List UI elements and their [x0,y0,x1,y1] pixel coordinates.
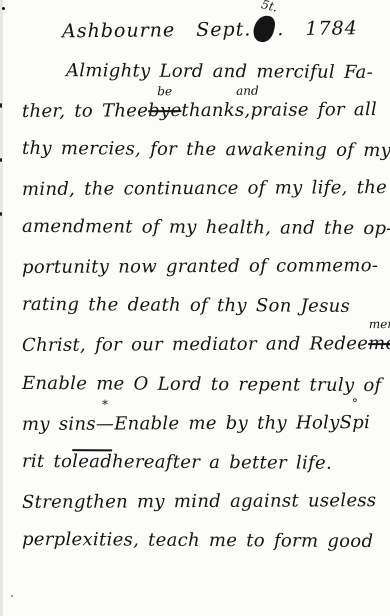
manuscript-line: mind, the continuance of my life, the [22,175,390,203]
text-segment: Spi° [340,410,371,436]
text-segment: ther, to Thee [22,98,148,125]
text-segment: Almighty Lord and merciful Fa- [66,58,373,86]
text-segment: mind, the continuance of my life, the [22,175,387,203]
text-segment: rit to [22,449,72,475]
text-segment: amendment of my health, and the op- [22,214,390,242]
text-segment: praise for all [250,97,377,124]
manuscript-line: rit to lead hereafter a better life. [22,449,390,477]
manuscript-line: Enable me O Lord to repent truly of [22,371,390,399]
interlinear-insertion: ° [352,397,358,409]
manuscript-line: thy mercies, for the awakening of my [22,136,390,164]
interlinear-insertion: be [157,85,172,97]
manuscript-page: Ashbourne Sept.5t.. 1784 Almighty Lord a… [0,0,390,616]
manuscript-line: Strengthen my mind against useless [22,488,390,516]
manuscript-line: rating the death of thy Son Jesus [22,292,390,320]
text-segment: Enable me by thy Holy [114,410,340,437]
ink-blot: 5t. [251,13,277,44]
text-segment: Christ, for our mediator and Redee [22,331,368,359]
manuscript-line: ther, to Thee byebe thanks,and praise fo… [22,97,390,125]
text-segment: Enable me O Lord to repent truly of [22,371,382,399]
text-segment: Ashbourne Sept. [62,18,251,42]
manuscript-line: Christ, for our mediator and Redeememer. [22,331,390,359]
manuscript-line: portunity now granted of commemo- [22,253,390,281]
text-segment: portunity now granted of commemo- [22,253,378,281]
text-segment: . 1784 [277,17,358,40]
text-segment: my sins [22,412,96,438]
interlinear-insertion: mer. [369,318,390,330]
text-segment: rating the death of thy Son Jesus [22,292,350,320]
text-segment: perplexities, teach me to form good [22,527,373,555]
text-segment: thanks [181,98,244,124]
manuscript-line: amendment of my health, and the op- [22,214,390,242]
text-segment: hereafter a better life. [112,449,332,476]
text-segment: Strengthen my mind against useless [22,488,377,516]
manuscript-line: my sins —* Enable me by thy Holy Spi° [22,410,390,438]
interlinear-insertion: 5t. [260,0,279,14]
overlined-word: lead [72,449,112,475]
struck-word: memer. [368,331,390,357]
struck-word: byebe [148,98,181,124]
interlinear-insertion: * [102,399,108,411]
text-segment: —* [96,411,114,437]
manuscript-body: Almighty Lord and merciful Fa-ther, to T… [0,59,390,554]
text-segment: thy mercies, for the awakening of my [22,136,390,164]
manuscript-line: Almighty Lord and merciful Fa- [22,58,390,86]
ink-speck [11,595,13,597]
manuscript-line: perplexities, teach me to form good [22,527,390,555]
interlinear-insertion: and [236,85,259,97]
heading-dateline: Ashbourne Sept.5t.. 1784 [0,0,390,45]
